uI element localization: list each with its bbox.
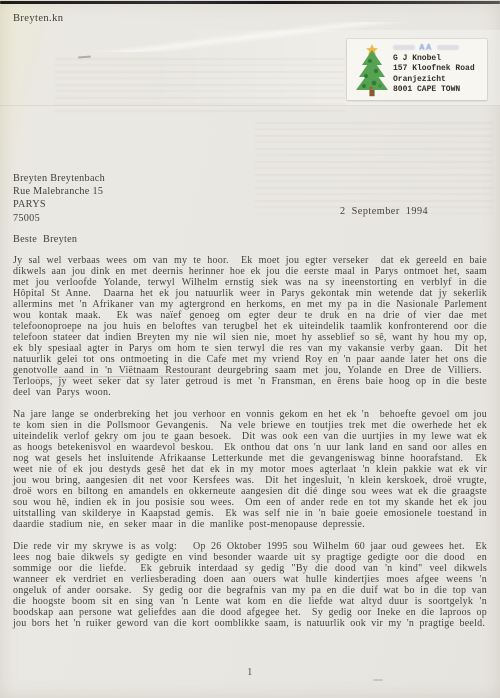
pencil-smudge — [78, 56, 91, 58]
recipient-name: Breyten Breytenbach — [13, 172, 105, 185]
label-watermark: AA — [393, 43, 459, 52]
sender-suburb: Oranjezicht — [393, 75, 475, 85]
letter-body: Jy sal wel verbaas wees om van my te hoo… — [13, 255, 487, 640]
filename: Breyten.kn — [13, 13, 63, 24]
sender-name: G J Knobel — [393, 54, 475, 64]
letter-date: 2 September 1994 — [340, 206, 428, 217]
salutation: Beste Breyten — [13, 234, 77, 245]
sender-city: 8001 CAPE TOWN — [393, 85, 475, 95]
watermark-logo: AA — [419, 43, 433, 52]
letter-page: Breyten.kn AA G J Knobel 157 Kloofnek R — [0, 0, 500, 698]
scan-edge — [0, 1, 500, 4]
recipient-postcode: 75005 — [13, 212, 105, 225]
watermark-smudge — [393, 45, 415, 50]
pencil-smudge — [373, 679, 383, 681]
recipient-street: Rue Malebranche 15 — [13, 185, 105, 198]
sender-address-block: G J Knobel 157 Kloofnek Road Oranjezicht… — [393, 54, 475, 95]
bleedthrough-text — [55, 58, 345, 116]
bleedthrough-text — [255, 122, 493, 214]
recipient-address-block: Breyten Breytenbach Rue Malebranche 15 P… — [13, 172, 105, 225]
address-label-sticker: AA G J Knobel 157 Kloofnek Road Oranjezi… — [347, 39, 487, 100]
recipient-city: PARYS — [13, 198, 105, 211]
paragraph-1: Jy sal wel verbaas wees om van my te hoo… — [13, 255, 487, 398]
sender-street: 157 Kloofnek Road — [393, 64, 475, 74]
page-number: 1 — [0, 667, 500, 678]
christmas-tree-icon — [354, 43, 390, 97]
watermark-smudge — [437, 45, 459, 50]
paragraph-3: Die rede vir my skrywe is as volg: Op 26… — [13, 541, 487, 629]
paragraph-2: Na jare lange se onderbreking het jou ve… — [13, 409, 487, 530]
